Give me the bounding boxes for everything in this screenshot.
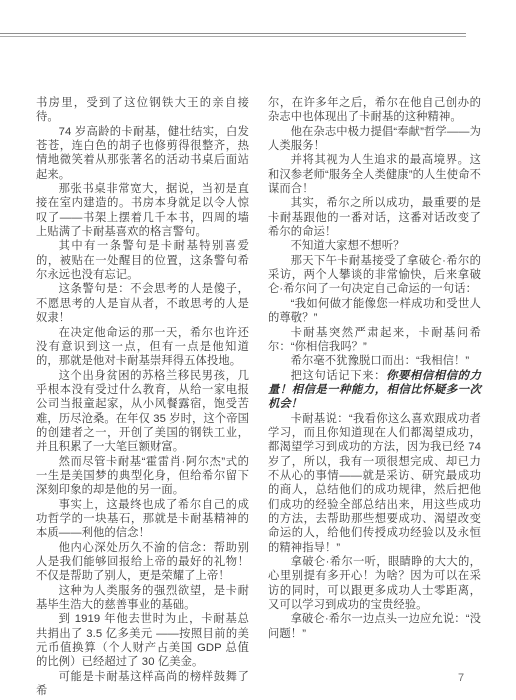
paragraph: 可能是卡耐基这样高尚的榜样鼓舞了希 [36,670,249,699]
paragraph: 这条警句是：不会思考的人是傻子，不愿思考的人是盲从者，不敢思考的人是奴隶！ [36,282,249,325]
paragraph: 那张书桌非常宽大，据说，当初是直接在室内建造的。书房本身就足以令人惊叹了——书架… [36,182,249,239]
paragraph: 并将其视为人生追求的最高境界。这和汉参老师“服务全人类健康”的人生使命不谋而合！ [268,153,481,196]
page-number: 7 [458,672,464,684]
paragraph: “我如何做才能像您一样成功和受世人的尊敬？” [268,297,481,326]
paragraph: 卡耐基说：“我看你这么喜欢跟成功者学习，而且你知道现在人们都渴望成功，都渴望学习… [268,412,481,555]
paragraph: 把这句话记下来：你要相信相信的力量！相信是一种能力，相信比怀疑多一次机会！ [268,369,481,412]
emphasized-maxim: 你要相信相信的力量！相信是一种能力，相信比怀疑多一次机会！ [268,370,481,411]
paragraph: 卡耐基突然严肃起来，卡耐基问希尔：“你相信我吗？” [268,326,481,355]
paragraph: 他内心深处历久不渝的信念：帮助别人是我们能够回报给上帝的最好的礼物！不仅是帮助了… [36,541,249,584]
header-rule [0,33,466,37]
paragraph: 其中有一条警句是卡耐基特别喜爱的，被贴在一处醒目的位置，这条警句希尔永远也没有忘… [36,239,249,282]
paragraph: 不知道大家想不想听？ [268,239,481,253]
paragraph: 拿破仑·希尔一听，眼睛睁的大大的，心里别提有多开心！为啥？因为可以在采访的同时，… [268,555,481,612]
right-column: 尔，在许多年之后，希尔在他自己创办的杂志中也体现出了卡耐基的这种精神。他在杂志中… [268,96,481,698]
paragraph: 事实上，这最终也成了希尔自己的成功哲学的一块基石，那就是卡耐基精神的本质——利他… [36,498,249,541]
paragraph: 到 1919 年他去世时为止，卡耐基总共捐出了 3.5 亿多美元 ——按照目前的… [36,612,249,669]
paragraph: 尔，在许多年之后，希尔在他自己创办的杂志中也体现出了卡耐基的这种精神。 [268,96,481,125]
paragraph: 他在杂志中极力提倡“奉献”哲学——为人类服务！ [268,125,481,154]
paragraph: 那天下午卡耐基接受了拿破仑·希尔的采访，两个人攀谈的非常愉快，后来拿破仑·希尔问… [268,254,481,297]
paragraph: 在决定他命运的那一天，希尔也许还没有意识到这一点，但有一点是他知道的，那就是他对… [36,326,249,369]
text-columns: 书房里，受到了这位钢铁大王的亲自接待。74 岁高龄的卡耐基，健壮结实，白发苍苍，… [36,96,481,698]
left-column: 书房里，受到了这位钢铁大王的亲自接待。74 岁高龄的卡耐基，健壮结实，白发苍苍，… [36,96,249,698]
paragraph: 这种为人类服务的强烈欲望，是卡耐基毕生浩大的慈善事业的基础。 [36,584,249,613]
paragraph: 其实，希尔之所以成功，最重要的是卡耐基跟他的一番对话，这番对话改变了希尔的命运！ [268,196,481,239]
paragraph: 希尔毫不犹豫脱口而出：“我相信！” [268,354,481,368]
paragraph: 拿破仑·希尔一边点头一边应允说：“没问题！” [268,612,481,641]
paragraph: 书房里，受到了这位钢铁大王的亲自接待。 [36,96,249,125]
paragraph: 这个出身贫困的苏格兰移民男孩，几乎根本没有受过什么教育，从给一家电报公司当报童起… [36,369,249,455]
paragraph: 然而尽管卡耐基“霍雷肖·阿尔杰”式的一生是美国梦的典型化身，但给希尔留下深刻印象… [36,455,249,498]
paragraph: 74 岁高龄的卡耐基，健壮结实，白发苍苍，连白色的胡子也修剪得很整齐，热情地微笑… [36,125,249,182]
